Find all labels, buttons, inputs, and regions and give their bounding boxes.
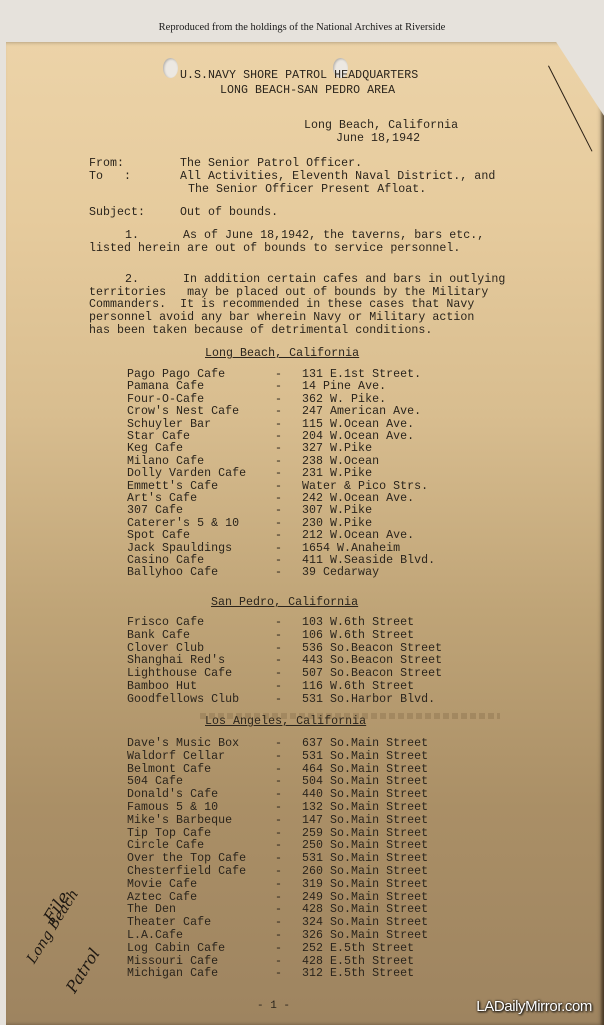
- establishment-name: Dave's Music Box: [127, 738, 239, 751]
- separator-dash: -: [275, 930, 282, 943]
- separator-dash: -: [275, 681, 282, 694]
- separator-dash: -: [275, 943, 282, 956]
- paragraph-line: In addition certain cafes and bars in ou…: [183, 274, 505, 287]
- paragraph-line: As of June 18,1942, the taverns, bars et…: [183, 230, 484, 243]
- establishment-address: 103 W.6th Street: [302, 617, 414, 630]
- letterhead-line-2: LONG BEACH-SAN PEDRO AREA: [220, 85, 395, 98]
- establishment-name: Log Cabin Cafe: [127, 943, 225, 956]
- separator-dash: -: [275, 694, 282, 707]
- establishment-address: 507 So.Beacon Street: [302, 668, 442, 681]
- site-watermark: LADailyMirror.com: [476, 998, 592, 1015]
- bleed-through-text: [200, 713, 500, 719]
- establishment-name: Chesterfield Cafe: [127, 866, 246, 879]
- paragraph-line: listed herein are out of bounds to servi…: [89, 243, 460, 256]
- separator-dash: -: [275, 617, 282, 630]
- establishment-name: Mike's Barbeque: [127, 815, 232, 828]
- establishment-address: 39 Cedarway: [302, 567, 379, 580]
- establishment-address: 637 So.Main Street: [302, 738, 428, 751]
- establishment-name: Bamboo Hut: [127, 681, 197, 694]
- paragraph-line: personnel avoid any bar wherein Navy or …: [89, 312, 474, 325]
- establishment-address: 106 W.6th Street: [302, 630, 414, 643]
- separator-dash: -: [275, 968, 282, 981]
- page-number: - 1 -: [257, 1000, 290, 1012]
- establishment-name: Frisco Cafe: [127, 617, 204, 630]
- section-heading: San Pedro, California: [211, 597, 358, 610]
- establishment-name: Bank Cafe: [127, 630, 190, 643]
- punch-hole-left: [163, 58, 178, 78]
- letterhead-line-1: U.S.NAVY SHORE PATROL HEADQUARTERS: [180, 70, 418, 83]
- to-value-1: All Activities, Eleventh Naval District.…: [180, 171, 495, 184]
- section-heading: Long Beach, California: [205, 348, 359, 361]
- establishment-name: Movie Cafe: [127, 879, 197, 892]
- paragraph-number: 1.: [125, 230, 139, 243]
- handwritten-note: File Long Beach Patrol: [18, 886, 128, 996]
- establishment-name: L.A.Cafe: [127, 930, 183, 943]
- establishment-address: 326 So.Main Street: [302, 930, 428, 943]
- separator-dash: -: [275, 802, 282, 815]
- establishment-name: Famous 5 & 10: [127, 802, 218, 815]
- separator-dash: -: [275, 879, 282, 892]
- establishment-address: 531 So.Main Street: [302, 751, 428, 764]
- separator-dash: -: [275, 866, 282, 879]
- establishment-address: 319 So.Main Street: [302, 879, 428, 892]
- establishment-address: 116 W.6th Street: [302, 681, 414, 694]
- from-value: The Senior Patrol Officer.: [180, 158, 362, 171]
- handwritten-note-line-3: Patrol: [62, 945, 104, 996]
- establishment-address: 312 E.5th Street: [302, 968, 414, 981]
- establishment-address: 252 E.5th Street: [302, 943, 414, 956]
- subject-label: Subject:: [89, 207, 145, 220]
- establishment-name: Waldorf Cellar: [127, 751, 225, 764]
- establishment-address: 147 So.Main Street: [302, 815, 428, 828]
- dateline-place: Long Beach, California: [304, 120, 458, 133]
- archive-banner: Reproduced from the holdings of the Nati…: [0, 22, 604, 33]
- establishment-name: Goodfellows Club: [127, 694, 239, 707]
- establishment-name: Michigan Cafe: [127, 968, 218, 981]
- establishment-name: Lighthouse Cafe: [127, 668, 232, 681]
- paper-edge: [600, 42, 604, 1025]
- to-value-2: The Senior Officer Present Afloat.: [188, 184, 426, 197]
- from-label: From:: [89, 158, 124, 171]
- establishment-address: 132 So.Main Street: [302, 802, 428, 815]
- paragraph-number: 2.: [125, 274, 139, 287]
- separator-dash: -: [275, 738, 282, 751]
- separator-dash: -: [275, 815, 282, 828]
- subject-value: Out of bounds.: [180, 207, 278, 220]
- separator-dash: -: [275, 751, 282, 764]
- establishment-name: Ballyhoo Cafe: [127, 567, 218, 580]
- separator-dash: -: [275, 630, 282, 643]
- establishment-address: 260 So.Main Street: [302, 866, 428, 879]
- to-label: To :: [89, 171, 131, 184]
- establishment-address: 531 So.Harbor Blvd.: [302, 694, 435, 707]
- dateline-date: June 18,1942: [336, 133, 420, 146]
- separator-dash: -: [275, 668, 282, 681]
- separator-dash: -: [275, 567, 282, 580]
- paragraph-line: has been taken because of detrimental co…: [89, 325, 432, 338]
